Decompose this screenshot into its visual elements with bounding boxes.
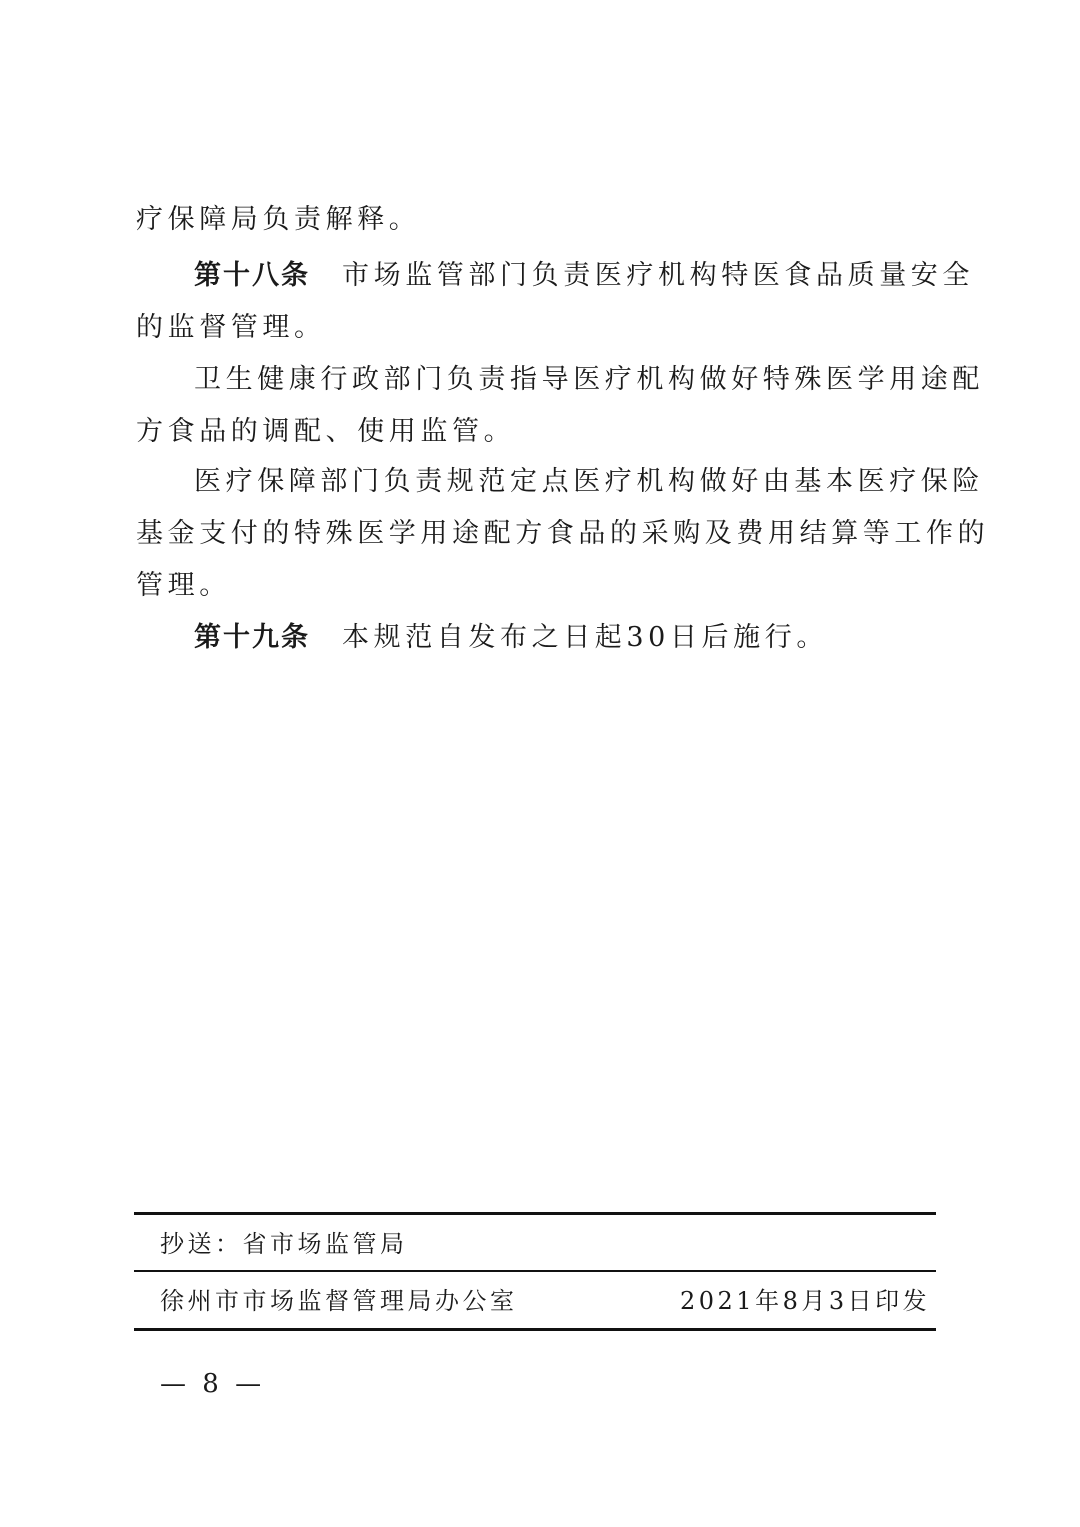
- article-18-line: 第十八条市场监管部门负责医疗机构特医食品质量安全: [194, 256, 936, 296]
- body-text: 市场监管部门负责医疗机构特医食品质量安全: [342, 260, 974, 291]
- body-text: 基金支付的特殊医学用途配方食品的采购及费用结算等工作的: [136, 518, 989, 549]
- paragraph-line: 的监督管理。: [136, 308, 936, 348]
- cc-recipients: 抄送：省市场监管局: [160, 1227, 408, 1261]
- paragraph-line: 方食品的调配、使用监管。: [136, 412, 936, 452]
- paragraph-line: 管理。: [136, 566, 936, 606]
- body-text: 的监督管理。: [136, 312, 326, 343]
- page-number: — 8 —: [160, 1366, 265, 1402]
- issuing-office: 徐州市市场监督管理局办公室: [160, 1284, 518, 1318]
- footer-rule-top: [134, 1212, 936, 1215]
- body-text: 方食品的调配、使用监管。: [136, 416, 515, 447]
- paragraph-line: 疗保障局负责解释。: [136, 200, 936, 240]
- body-text: 卫生健康行政部门负责指导医疗机构做好特殊医学用途配: [194, 364, 984, 395]
- body-text: 疗保障局负责解释。: [136, 204, 420, 235]
- article-19-line: 第十九条本规范自发布之日起30日后施行。: [194, 618, 936, 658]
- document-page: 疗保障局负责解释。 第十八条市场监管部门负责医疗机构特医食品质量安全 的监督管理…: [0, 0, 1080, 1527]
- article-label: 第十九条: [194, 622, 310, 653]
- article-label: 第十八条: [194, 260, 310, 291]
- paragraph-line: 医疗保障部门负责规范定点医疗机构做好由基本医疗保险: [194, 462, 936, 502]
- footer-rule-middle: [134, 1270, 936, 1272]
- body-text: 本规范自发布之日起30日后施行。: [342, 622, 828, 653]
- issue-date: 2021年8月3日印发: [680, 1284, 930, 1318]
- paragraph-line: 卫生健康行政部门负责指导医疗机构做好特殊医学用途配: [194, 360, 936, 400]
- body-text: 管理。: [136, 570, 231, 601]
- paragraph-line: 基金支付的特殊医学用途配方食品的采购及费用结算等工作的: [136, 514, 936, 554]
- body-text: 医疗保障部门负责规范定点医疗机构做好由基本医疗保险: [194, 466, 984, 497]
- footer-rule-bottom: [134, 1328, 936, 1331]
